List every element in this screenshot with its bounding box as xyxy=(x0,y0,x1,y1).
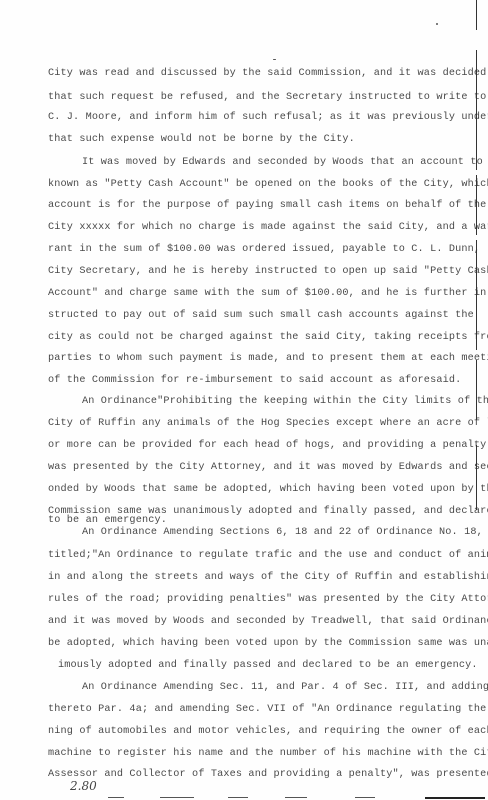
text-line: imously adopted and finally passed and d… xyxy=(58,660,478,672)
text-line: known as "Petty Cash Account" be opened … xyxy=(48,179,488,191)
text-line: titled;"An Ordinance to regulate trafic … xyxy=(48,550,488,562)
scan-speck xyxy=(273,59,276,60)
scan-speck xyxy=(436,23,438,25)
scan-artifact xyxy=(285,797,307,798)
text-line: thereto Par. 4a; and amending Sec. VII o… xyxy=(48,704,488,716)
margin-rule xyxy=(476,360,477,420)
scan-artifact xyxy=(355,797,375,798)
text-line: City was read and discussed by the said … xyxy=(48,68,486,80)
text-line: city as could not be charged against the… xyxy=(48,332,488,344)
text-line: was presented by the City Attorney, and … xyxy=(48,462,488,474)
text-line: and it was moved by Woods and seconded b… xyxy=(48,616,488,628)
text-line: in and along the streets and ways of the… xyxy=(48,572,488,584)
text-line: onded by Woods that same be adopted, whi… xyxy=(48,484,488,496)
text-line: structed to pay out of said sum such sma… xyxy=(48,310,474,322)
text-line: Account" and charge same with the sum of… xyxy=(48,288,488,300)
text-line: account is for the purpose of paying sma… xyxy=(48,200,486,212)
margin-rule xyxy=(476,445,477,510)
text-line: City of Ruffin any animals of the Hog Sp… xyxy=(48,418,488,430)
text-line: An Ordinance Amending Sec. 11, and Par. … xyxy=(82,682,488,694)
text-line: It was moved by Edwards and seconded by … xyxy=(82,157,488,169)
text-line: rant in the sum of $100.00 was ordered i… xyxy=(48,244,480,256)
scan-artifact xyxy=(425,797,485,799)
text-line: that such request be refused, and the Se… xyxy=(48,92,486,104)
margin-rule xyxy=(476,0,477,30)
page-number: 2.80 xyxy=(70,779,97,793)
scan-artifact xyxy=(108,797,124,798)
scan-artifact xyxy=(228,797,248,798)
text-line: City Secretary, and he is hereby instruc… xyxy=(48,266,488,278)
text-line: City xxxxx for which no charge is made a… xyxy=(48,222,488,234)
text-line: of the Commission for re-imbursement to … xyxy=(48,375,461,387)
text-line: be adopted, which having been voted upon… xyxy=(48,638,488,650)
text-line: Assessor and Collector of Taxes and prov… xyxy=(48,769,488,781)
text-line: machine to register his name and the num… xyxy=(48,748,488,760)
text-line: C. J. Moore, and inform him of such refu… xyxy=(48,112,488,124)
scan-artifact xyxy=(160,797,194,798)
text-line: rules of the road; providing penalties" … xyxy=(48,594,488,606)
document-page: City was read and discussed by the said … xyxy=(0,0,488,800)
text-line: An Ordinance"Prohibiting the keeping wit… xyxy=(82,396,488,408)
text-line: ning of automobiles and motor vehicles, … xyxy=(48,726,488,738)
text-line: to be an emergency. xyxy=(48,515,167,527)
text-line: An Ordinance Amending Sections 6, 18 and… xyxy=(82,527,488,539)
text-line: or more can be provided for each head of… xyxy=(48,440,488,452)
text-line: that such expense would not be borne by … xyxy=(48,134,355,146)
text-line: parties to whom such payment is made, an… xyxy=(48,353,488,365)
